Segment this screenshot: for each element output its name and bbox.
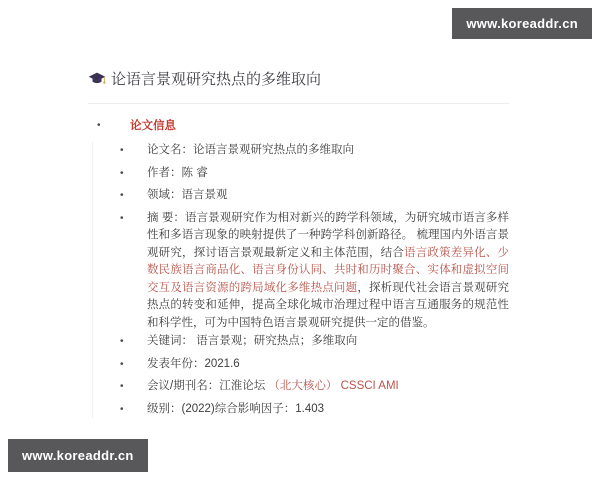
section-row: • 论文信息 [88, 117, 509, 135]
page-title-text: 论语言景观研究热点的多维取向 [111, 68, 321, 89]
field-label: 摘 要： [147, 212, 185, 224]
field-list-wrap: •论文名：论语言景观研究热点的多维取向•作者：陈 睿•领域：语言景观•摘 要：语… [92, 142, 509, 418]
watermark-top: www.koreaddr.cn [452, 8, 592, 39]
paper-info-fields: •论文名：论语言景观研究热点的多维取向•作者：陈 睿•领域：语言景观•摘 要：语… [93, 142, 509, 418]
paper-info-section: • 论文信息 •论文名：论语言景观研究热点的多维取向•作者：陈 睿•领域：语言景… [88, 117, 509, 418]
bullet-icon: • [88, 117, 130, 135]
field-value: 论语言景观研究热点的多维取向 [193, 144, 354, 156]
field-row-domain: •领域：语言景观 [93, 187, 509, 205]
content-area: 论语言景观研究热点的多维取向 • 论文信息 •论文名：论语言景观研究热点的多维取… [88, 68, 509, 423]
bullet-icon: • [93, 165, 147, 183]
field-label: 领域： [147, 189, 182, 201]
page-title: 论语言景观研究热点的多维取向 [88, 68, 509, 89]
field-label: 关键词： [147, 335, 193, 347]
field-label: 会议/期刊名： [147, 380, 219, 392]
field-body: 摘 要：语言景观研究作为相对新兴的跨学科领域，为研究城市语言多样性和多语言现象的… [147, 210, 509, 333]
graduation-cap-icon [88, 71, 106, 87]
field-row-keywords: •关键词： 语言景观；研究热点；多维取向 [93, 333, 509, 351]
bullet-icon: • [93, 356, 147, 374]
title-divider [88, 103, 509, 104]
watermark-bottom: www.koreaddr.cn [8, 439, 148, 472]
field-label: 论文名： [147, 144, 193, 156]
field-body: 级别：(2022)综合影响因子：1.403 [147, 401, 509, 419]
field-row-journal: •会议/期刊名：江淮论坛 （北大核心） CSSCI AMI [93, 378, 509, 396]
bullet-icon: • [93, 142, 147, 160]
field-value: （北大核心） CSSCI AMI [268, 380, 398, 392]
field-row-year: •发表年份：2021.6 [93, 356, 509, 374]
bullet-icon: • [93, 378, 147, 396]
field-value: (2022)综合影响因子：1.403 [182, 403, 325, 415]
field-label: 发表年份： [147, 358, 205, 370]
bullet-icon: • [93, 187, 147, 205]
paper-info-list: • 论文信息 •论文名：论语言景观研究热点的多维取向•作者：陈 睿•领域：语言景… [88, 117, 509, 418]
field-label: 作者： [147, 167, 182, 179]
field-row-paper-name: •论文名：论语言景观研究热点的多维取向 [93, 142, 509, 160]
page: www.koreaddr.cn 论语言景观研究热点的多维取向 • 论文信息 [0, 0, 600, 480]
bullet-icon: • [93, 210, 147, 333]
field-body: 作者：陈 睿 [147, 165, 509, 183]
field-body: 关键词： 语言景观；研究热点；多维取向 [147, 333, 509, 351]
field-value: 陈 睿 [182, 167, 208, 179]
field-body: 领域：语言景观 [147, 187, 509, 205]
field-value: 语言景观；研究热点；多维取向 [193, 335, 357, 347]
bullet-icon: • [93, 401, 147, 419]
section-title: 论文信息 [130, 117, 176, 135]
field-body: 发表年份：2021.6 [147, 356, 509, 374]
field-value: 江淮论坛 [219, 380, 268, 392]
field-label: 级别： [147, 403, 182, 415]
field-value: 语言景观 [182, 189, 228, 201]
field-value: 2021.6 [205, 358, 240, 370]
field-body: 会议/期刊名：江淮论坛 （北大核心） CSSCI AMI [147, 378, 509, 396]
field-row-abstract: •摘 要：语言景观研究作为相对新兴的跨学科领域，为研究城市语言多样性和多语言现象… [93, 210, 509, 333]
field-row-author: •作者：陈 睿 [93, 165, 509, 183]
bullet-icon: • [93, 333, 147, 351]
field-row-level: •级别：(2022)综合影响因子：1.403 [93, 401, 509, 419]
field-body: 论文名：论语言景观研究热点的多维取向 [147, 142, 509, 160]
